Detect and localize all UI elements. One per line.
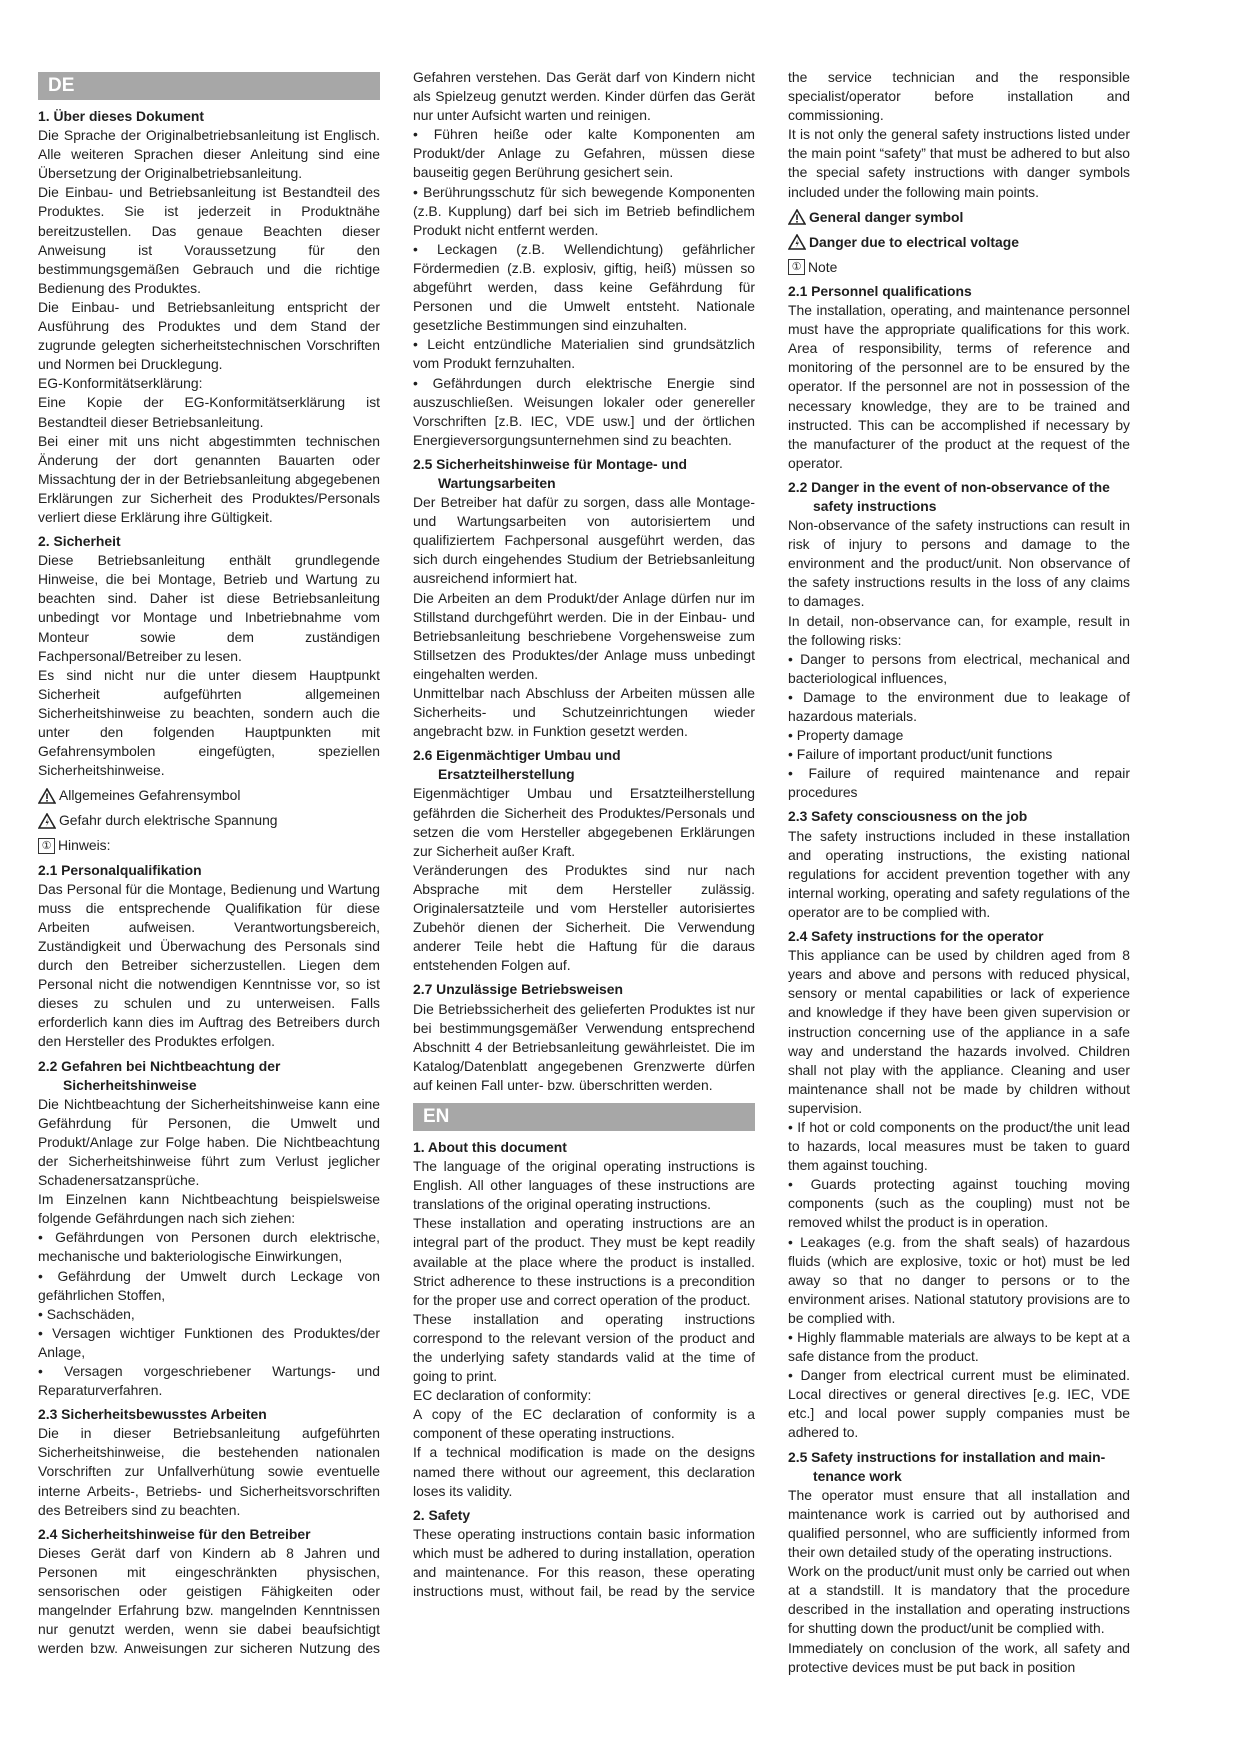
paragraph: If a technical modification is made on t… [413, 1443, 755, 1500]
bullet-item: Failure of required maintenance and repa… [788, 764, 1130, 802]
bullet-item: If hot or cold components on the product… [788, 1118, 1130, 1175]
paragraph: Im Einzelnen kann Nichtbeachtung beispie… [38, 1190, 380, 1228]
paragraph: These installation and operating instruc… [413, 1214, 755, 1309]
bullet-item: Damage to the environment due to leakage… [788, 688, 1130, 726]
heading-de-2-6: 2.6 Eigenmächtiger Umbau und Ersatzteilh… [413, 746, 755, 784]
heading-line-2: Ersatzteilherstellung [413, 765, 755, 784]
heading-en-1: 1. About this document [413, 1138, 755, 1157]
warning-triangle-icon [38, 788, 56, 804]
paragraph: Die Betriebssicherheit des gelieferten P… [413, 1000, 755, 1095]
info-note-icon: ① [38, 838, 55, 854]
bullet-item: Highly flammable materials are always to… [788, 1328, 1130, 1366]
column-3: the service technician and the responsib… [788, 68, 1130, 1677]
heading-de-2-7: 2.7 Unzulässige Betriebsweisen [413, 980, 755, 999]
paragraph: Veränderungen des Produktes sind nur nac… [413, 861, 755, 976]
heading-line-2: safety instructions [788, 497, 1130, 516]
heading-en-2: 2. Safety [413, 1506, 755, 1525]
paragraph: Non-observance of the safety instruction… [788, 516, 1130, 611]
paragraph: Eine Kopie der EG-Konformitätserklärung … [38, 393, 380, 431]
paragraph: Dieses Gerät darf von Kindern ab 8 Jahre… [38, 1544, 380, 1659]
paragraph: Die Arbeiten an dem Produkt/der Anlage d… [413, 589, 755, 684]
symbol-label: Note [808, 258, 837, 277]
paragraph: Die Nichtbeachtung der Sicherheitshinwei… [38, 1095, 380, 1190]
paragraph-continued: Gefahren verstehen. Das Gerät darf von K… [413, 68, 755, 125]
symbol-legend-note: ① Hinweis: [38, 836, 380, 855]
language-band-en: EN [413, 1103, 755, 1131]
paragraph: Das Personal für die Montage, Bedienung … [38, 880, 380, 1052]
heading-en-2-2: 2.2 Danger in the event of non-observanc… [788, 478, 1130, 516]
heading-de-2-2: 2.2 Gefahren bei Nichtbeachtung der Sich… [38, 1057, 380, 1095]
paragraph: The language of the original operating i… [413, 1157, 755, 1214]
bullet-item: Gefährdungen durch elektrische Energie s… [413, 374, 755, 450]
paragraph-continued: the service technician and the responsib… [788, 68, 1130, 125]
bullet-item: Failure of important product/unit functi… [788, 745, 1130, 764]
heading-line-1: 2.2 Danger in the event of non-observanc… [788, 479, 1110, 495]
paragraph: Bei einer mit uns nicht abgestimmten tec… [38, 432, 380, 527]
heading-line-1: 2.2 Gefahren bei Nichtbeachtung der [38, 1058, 280, 1074]
electrical-hazard-icon [788, 234, 806, 250]
paragraph: The installation, operating, and mainten… [788, 301, 1130, 473]
paragraph: Die Einbau- und Betriebsanleitung entspr… [38, 298, 380, 374]
heading-line-1: 2.5 Safety instructions for installation… [788, 1449, 1105, 1465]
symbol-legend-general: General danger symbol [788, 208, 1130, 227]
electrical-hazard-icon [38, 813, 56, 829]
heading-de-1: 1. Über dieses Dokument [38, 107, 380, 126]
heading-en-2-5: 2.5 Safety instructions for installation… [788, 1448, 1130, 1486]
paragraph: The operator must ensure that all instal… [788, 1486, 1130, 1562]
warning-triangle-icon [788, 209, 806, 225]
paragraph: Eigenmächtiger Umbau und Ersatzteilherst… [413, 784, 755, 860]
paragraph: Unmittelbar nach Abschluss der Arbeiten … [413, 684, 755, 741]
bullet-item: Versagen vorgeschriebener Wartungs- und … [38, 1362, 380, 1400]
paragraph: Es sind nicht nur die unter diesem Haupt… [38, 666, 380, 781]
heading-line-2: Sicherheitshinweise [38, 1076, 380, 1095]
bullet-item: Leicht entzündliche Materialien sind gru… [413, 335, 755, 373]
bullet-item: Gefährdungen von Personen durch elektris… [38, 1228, 380, 1266]
column-2: Gefahren verstehen. Das Gerät darf von K… [413, 68, 755, 1601]
paragraph: Diese Betriebsanleitung enthält grundleg… [38, 551, 380, 666]
symbol-label: Danger due to electrical voltage [809, 233, 1019, 252]
paragraph: These operating instructions contain bas… [413, 1525, 755, 1601]
bullet-item: Danger from electrical current must be e… [788, 1366, 1130, 1442]
paragraph: Die Sprache der Originalbetriebsanleitun… [38, 126, 380, 183]
column-1: DE 1. Über dieses Dokument Die Sprache d… [38, 68, 380, 1659]
heading-en-2-3: 2.3 Safety consciousness on the job [788, 807, 1130, 826]
heading-en-2-4: 2.4 Safety instructions for the operator [788, 927, 1130, 946]
heading-line-2: Wartungsarbeiten [413, 474, 755, 493]
symbol-label: Allgemeines Gefahrensymbol [59, 786, 240, 805]
symbol-legend-note: ① Note [788, 258, 1130, 277]
paragraph: EC declaration of conformity: [413, 1386, 755, 1405]
bullet-item: Danger to persons from electrical, mecha… [788, 650, 1130, 688]
symbol-legend-general: Allgemeines Gefahrensymbol [38, 786, 380, 805]
symbol-label: Hinweis: [58, 836, 111, 855]
bullet-item: Berührungsschutz für sich bewegende Komp… [413, 183, 755, 240]
paragraph: Immediately on conclusion of the work, a… [788, 1639, 1130, 1677]
paragraph: Work on the product/unit must only be ca… [788, 1562, 1130, 1638]
paragraph: The safety instructions included in thes… [788, 827, 1130, 922]
symbol-legend-electrical: Danger due to electrical voltage [788, 233, 1130, 252]
paragraph: Die Einbau- und Betriebsanleitung ist Be… [38, 183, 380, 298]
bullet-item: Versagen wichtiger Funktionen des Produk… [38, 1324, 380, 1362]
heading-en-2-1: 2.1 Personnel qualifications [788, 282, 1130, 301]
paragraph: In detail, non-observance can, for examp… [788, 612, 1130, 650]
paragraph: It is not only the general safety instru… [788, 125, 1130, 201]
symbol-label: Gefahr durch elektrische Spannung [59, 811, 278, 830]
heading-de-2: 2. Sicherheit [38, 532, 380, 551]
paragraph: A copy of the EC declaration of conformi… [413, 1405, 755, 1443]
heading-line-1: 2.6 Eigenmächtiger Umbau und [413, 747, 621, 763]
heading-de-2-3: 2.3 Sicherheitsbewusstes Arbeiten [38, 1405, 380, 1424]
paragraph: Der Betreiber hat dafür zu sorgen, dass … [413, 493, 755, 588]
heading-line-2: tenance work [788, 1467, 1130, 1486]
paragraph: This appliance can be used by children a… [788, 946, 1130, 1118]
paragraph: These installation and operating instruc… [413, 1310, 755, 1386]
symbol-legend-electrical: Gefahr durch elektrische Spannung [38, 811, 380, 830]
bullet-item: Leakages (e.g. from the shaft seals) of … [788, 1233, 1130, 1328]
bullet-item: Sachschäden, [38, 1305, 380, 1324]
heading-de-2-5: 2.5 Sicherheitshinweise für Montage- und… [413, 455, 755, 493]
language-band-de: DE [38, 72, 380, 100]
bullet-item: Property damage [788, 726, 1130, 745]
paragraph: EG-Konformitätserklärung: [38, 374, 380, 393]
bullet-item: Gefährdung der Umwelt durch Leckage von … [38, 1267, 380, 1305]
bullet-item: Führen heiße oder kalte Komponenten am P… [413, 125, 755, 182]
bullet-item: Leckagen (z.B. Wellendichtung) gefährlic… [413, 240, 755, 335]
info-note-icon: ① [788, 259, 805, 275]
symbol-label: General danger symbol [809, 208, 963, 227]
heading-de-2-4: 2.4 Sicherheitshinweise für den Betreibe… [38, 1525, 380, 1544]
bullet-item: Guards protecting against touching movin… [788, 1175, 1130, 1232]
heading-de-2-1: 2.1 Personalqualifikation [38, 861, 380, 880]
paragraph: Die in dieser Betriebsanleitung aufgefüh… [38, 1424, 380, 1519]
heading-line-1: 2.5 Sicherheitshinweise für Montage- und [413, 456, 687, 472]
